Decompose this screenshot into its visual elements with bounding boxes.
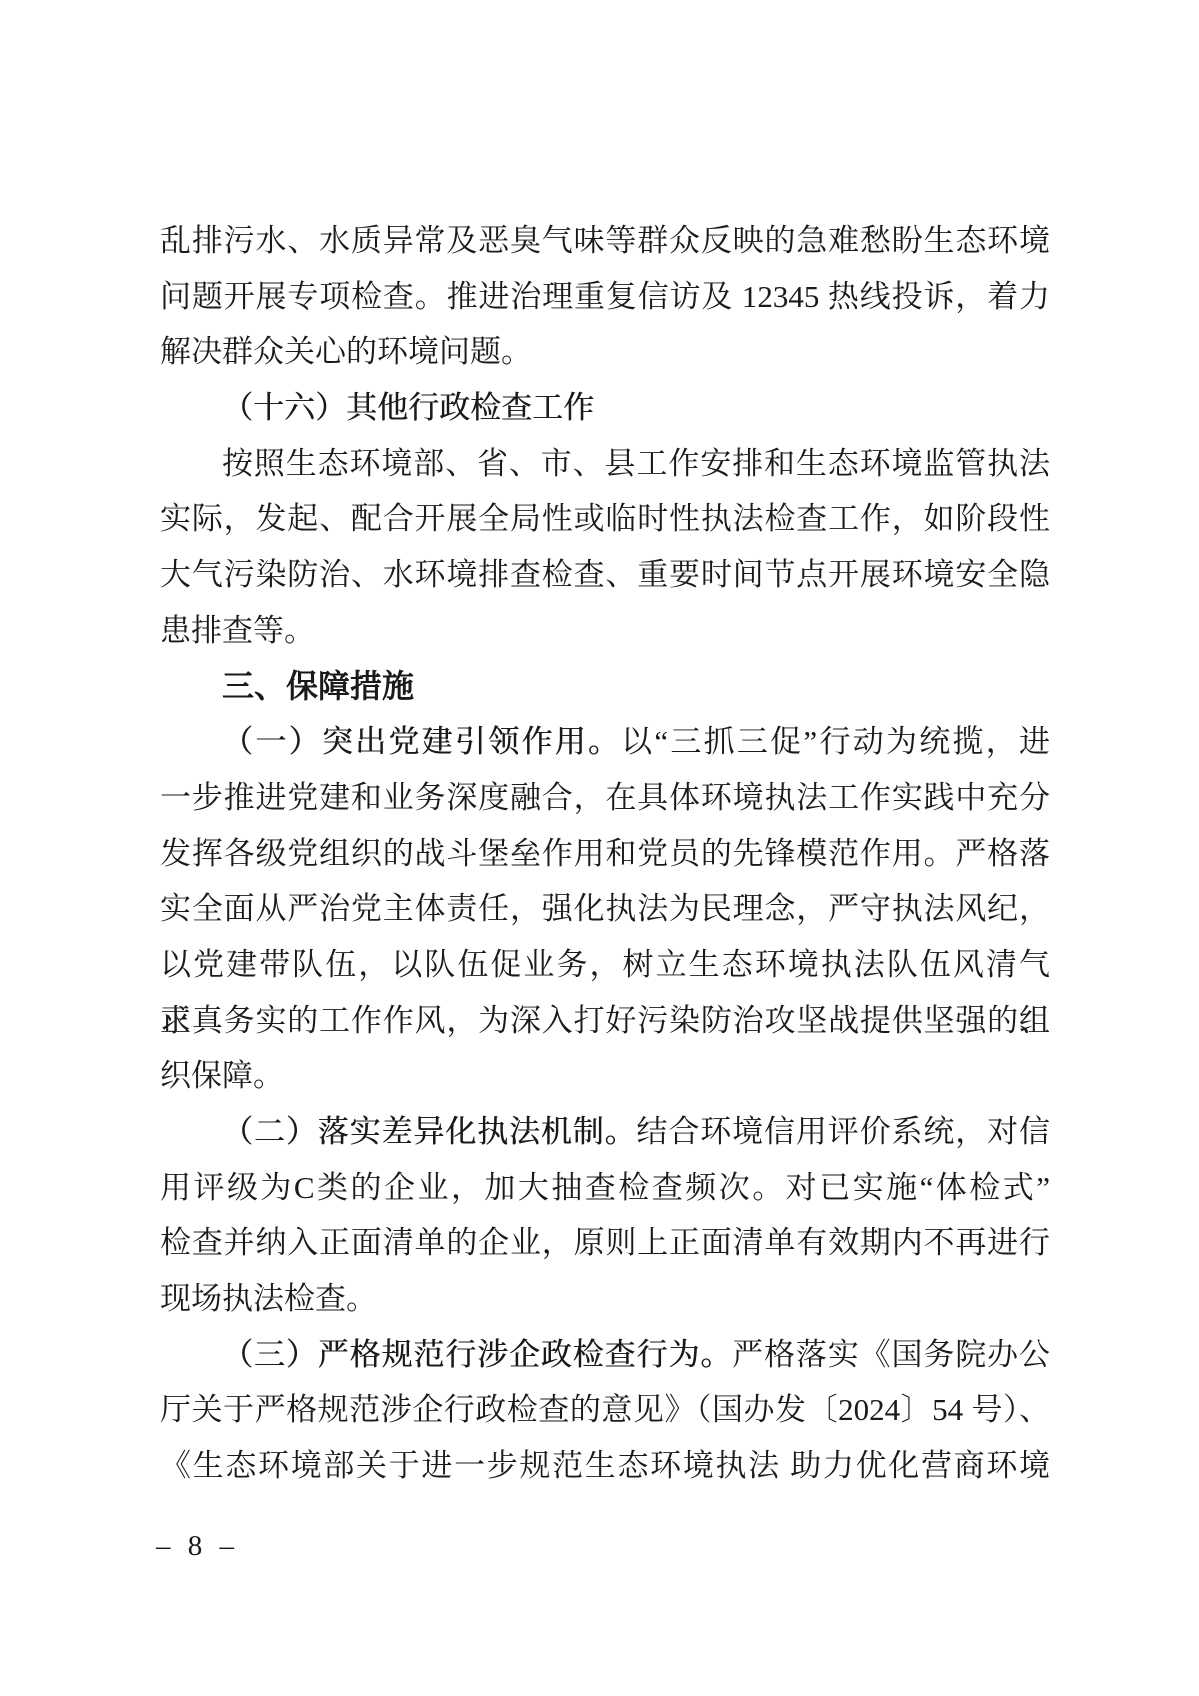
text-line: 三、保障措施 <box>160 659 1050 715</box>
section-heading-lead: （一）突出党建引领作用。 <box>222 724 621 759</box>
text-line: 实际，发起、配合开展全局性或临时性执法检查工作，如阶段性 <box>160 491 1050 547</box>
page-footer: – 8 – <box>156 1530 239 1563</box>
text-line: 一步推进党建和业务深度融合，在具体环境执法工作实践中充分 <box>160 770 1050 826</box>
text-line: 现场执法检查。 <box>160 1271 1050 1327</box>
line-text: 《生态环境部关于进一步规范生态环境执法 助力优化营商环境 <box>160 1448 1050 1483</box>
text-line: 织保障。 <box>160 1048 1050 1104</box>
text-line: （十六）其他行政检查工作 <box>160 380 1050 436</box>
line-text: 实全面从严治党主体责任，强化执法为民理念，严守执法风纪， <box>160 891 1050 926</box>
text-line: 求真务实的工作作风，为深入打好污染防治攻坚战提供坚强的组 <box>160 993 1050 1049</box>
line-text: 患排查等。 <box>160 613 315 648</box>
line-text: 以“三抓三促”行动为统揽，进 <box>621 724 1050 759</box>
line-text: 三、保障措施 <box>222 668 414 704</box>
line-text: 现场执法检查。 <box>160 1281 377 1316</box>
text-line: 大气污染防治、水环境排查检查、重要时间节点开展环境安全隐 <box>160 547 1050 603</box>
line-text: 一步推进党建和业务深度融合，在具体环境执法工作实践中充分 <box>160 780 1050 815</box>
text-line: 以党建带队伍，以队伍促业务，树立生态环境执法队伍风清气正、 <box>160 937 1050 993</box>
line-text: 厅关于严格规范涉企行政检查的意见》（国办发〔2024〕54 号）、 <box>160 1392 1050 1427</box>
text-line: 患排查等。 <box>160 603 1050 659</box>
text-line: 《生态环境部关于进一步规范生态环境执法 助力优化营商环境 <box>160 1438 1050 1494</box>
text-line: 按照生态环境部、省、市、县工作安排和生态环境监管执法 <box>160 436 1050 492</box>
line-text: 问题开展专项检查。推进治理重复信访及 12345 热线投诉，着力 <box>160 279 1050 314</box>
line-text: 实际，发起、配合开展全局性或临时性执法检查工作，如阶段性 <box>160 501 1050 536</box>
line-text: 检查并纳入正面清单的企业，原则上正面清单有效期内不再进行 <box>160 1225 1050 1260</box>
document-page: 乱排污水、水质异常及恶臭气味等群众反映的急难愁盼生态环境问题开展专项检查。推进治… <box>0 0 1199 1696</box>
page-number: – 8 – <box>156 1530 239 1562</box>
text-line: 实全面从严治党主体责任，强化执法为民理念，严守执法风纪， <box>160 881 1050 937</box>
text-line: 解决群众关心的环境问题。 <box>160 324 1050 380</box>
line-text: 用评级为C类的企业，加大抽查检查频次。对已实施“体检式” <box>160 1170 1050 1205</box>
line-text: 大气污染防治、水环境排查检查、重要时间节点开展环境安全隐 <box>160 557 1050 592</box>
text-line: 检查并纳入正面清单的企业，原则上正面清单有效期内不再进行 <box>160 1215 1050 1271</box>
section-heading-lead: （二）落实差异化执法机制。 <box>222 1114 636 1149</box>
text-line: 问题开展专项检查。推进治理重复信访及 12345 热线投诉，着力 <box>160 269 1050 325</box>
document-body: 乱排污水、水质异常及恶臭气味等群众反映的急难愁盼生态环境问题开展专项检查。推进治… <box>160 213 1050 1494</box>
line-text: 织保障。 <box>160 1058 284 1093</box>
line-text: 发挥各级党组织的战斗堡垒作用和党员的先锋模范作用。严格落 <box>160 836 1050 871</box>
text-line: 厅关于严格规范涉企行政检查的意见》（国办发〔2024〕54 号）、 <box>160 1382 1050 1438</box>
line-text: 解决群众关心的环境问题。 <box>160 334 532 369</box>
text-line: 用评级为C类的企业，加大抽查检查频次。对已实施“体检式” <box>160 1160 1050 1216</box>
line-text: 按照生态环境部、省、市、县工作安排和生态环境监管执法 <box>222 446 1050 481</box>
section-heading-lead: （十六）其他行政检查工作 <box>222 390 594 425</box>
text-line: 发挥各级党组织的战斗堡垒作用和党员的先锋模范作用。严格落 <box>160 826 1050 882</box>
line-text: 求真务实的工作作风，为深入打好污染防治攻坚战提供坚强的组 <box>160 1003 1050 1038</box>
text-line: （二）落实差异化执法机制。结合环境信用评价系统，对信 <box>160 1104 1050 1160</box>
line-text: 结合环境信用评价系统，对信 <box>636 1114 1050 1149</box>
text-line: 乱排污水、水质异常及恶臭气味等群众反映的急难愁盼生态环境 <box>160 213 1050 269</box>
line-text: 严格落实《国务院办公 <box>732 1337 1050 1372</box>
text-line: （三）严格规范行涉企政检查行为。严格落实《国务院办公 <box>160 1327 1050 1383</box>
text-line: （一）突出党建引领作用。以“三抓三促”行动为统揽，进 <box>160 714 1050 770</box>
line-text: 乱排污水、水质异常及恶臭气味等群众反映的急难愁盼生态环境 <box>160 223 1050 258</box>
section-heading-lead: （三）严格规范行涉企政检查行为。 <box>222 1337 732 1372</box>
